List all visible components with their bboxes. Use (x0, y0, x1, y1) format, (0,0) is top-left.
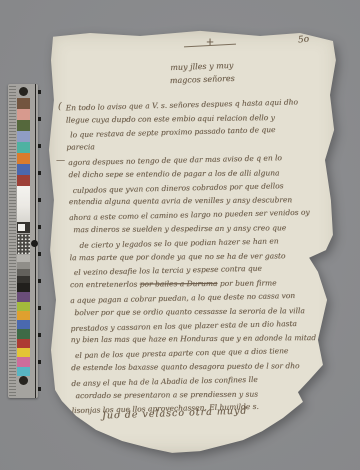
manuscript-page: 5o + muy jlles y muy magcos señores ( En… (46, 30, 340, 455)
struck-text: por bailes a Duruma (140, 279, 218, 289)
text-before-strike: con entretenerlos (70, 280, 140, 290)
letter-heading: muy jlles y muy magcos señores (134, 58, 271, 89)
marginal-mark: ( (58, 102, 62, 112)
paragraph-1: En todo lo aviso que a V. s. señores des… (66, 98, 329, 157)
manuscript-page-wrap: 5o + muy jlles y muy magcos señores ( En… (0, 0, 360, 470)
folio-number: 5o (298, 34, 310, 45)
marginal-dash: — (56, 156, 65, 166)
text-after-strike: por buen firme (217, 279, 276, 289)
paragraph-2: agora despues no tengo de que dar mas av… (68, 153, 340, 419)
invocation-cross: + (178, 38, 242, 46)
archival-photo: 5o + muy jlles y muy magcos señores ( En… (0, 0, 360, 470)
